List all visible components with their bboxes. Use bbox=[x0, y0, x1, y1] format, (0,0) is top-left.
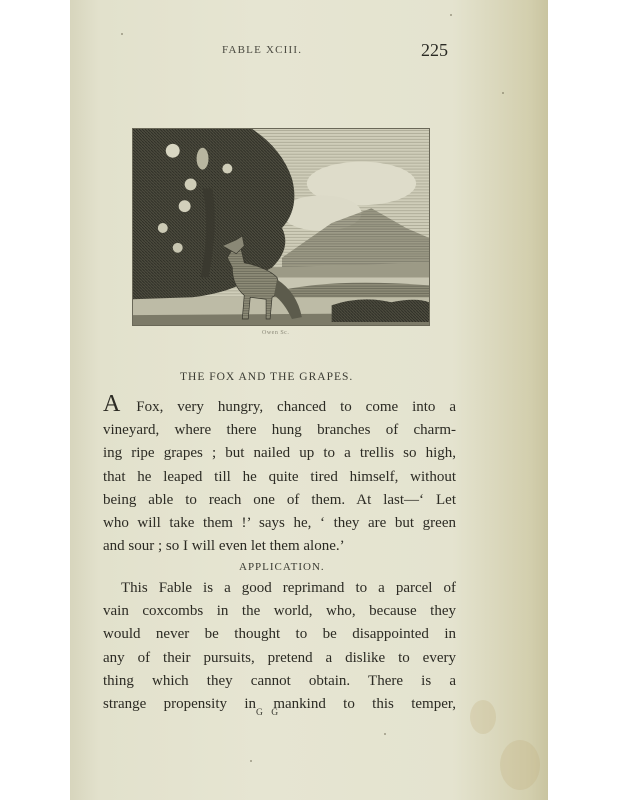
paper-speck bbox=[450, 14, 452, 16]
fable-line: and sour ; so I will even let them alone… bbox=[103, 535, 456, 558]
paper-stain bbox=[470, 700, 496, 734]
application-line: This Fable is a good reprimand to a parc… bbox=[103, 577, 456, 600]
paper-speck bbox=[502, 92, 504, 94]
fable-text: A Fox, very hungry, chanced to come into… bbox=[103, 394, 456, 558]
paper-speck bbox=[121, 33, 123, 35]
fable-line: that he leaped till he quite tired himse… bbox=[103, 466, 456, 489]
application-line: thing which they cannot obtain. There is… bbox=[103, 670, 456, 693]
paper-speck bbox=[384, 733, 386, 735]
fable-line: being able to reach one of them. At last… bbox=[103, 489, 456, 512]
fox-and-grapes-engraving-icon bbox=[133, 129, 429, 325]
running-head: FABLE XCIII. bbox=[222, 44, 302, 56]
drop-cap: A bbox=[103, 391, 120, 417]
application-line: would never be thought to be disappointe… bbox=[103, 623, 456, 646]
paper-speck bbox=[250, 760, 252, 762]
application-line: vain coxcombs in the world, who, because… bbox=[103, 600, 456, 623]
book-page: FABLE XCIII. 225 bbox=[70, 0, 548, 800]
fable-line: vineyard, where there hung branches of c… bbox=[103, 419, 456, 442]
signature-mark: G G bbox=[256, 708, 281, 718]
fable-line: ing ripe grapes ; but nailed up to a tre… bbox=[103, 442, 456, 465]
fable-line: who will take them !’ says he, ‘ they ar… bbox=[103, 512, 456, 535]
fable-line: A Fox, very hungry, chanced to come into… bbox=[103, 394, 456, 419]
application-text: This Fable is a good reprimand to a parc… bbox=[103, 577, 456, 716]
engraver-credit: Owen Sc. bbox=[262, 330, 289, 336]
fable-title: THE FOX AND THE GRAPES. bbox=[180, 371, 353, 383]
application-heading: APPLICATION. bbox=[239, 561, 325, 573]
page-number: 225 bbox=[421, 40, 448, 61]
engraving-illustration bbox=[132, 128, 430, 326]
application-line: any of their pursuits, pretend a dislike… bbox=[103, 647, 456, 670]
paper-stain bbox=[500, 740, 540, 790]
